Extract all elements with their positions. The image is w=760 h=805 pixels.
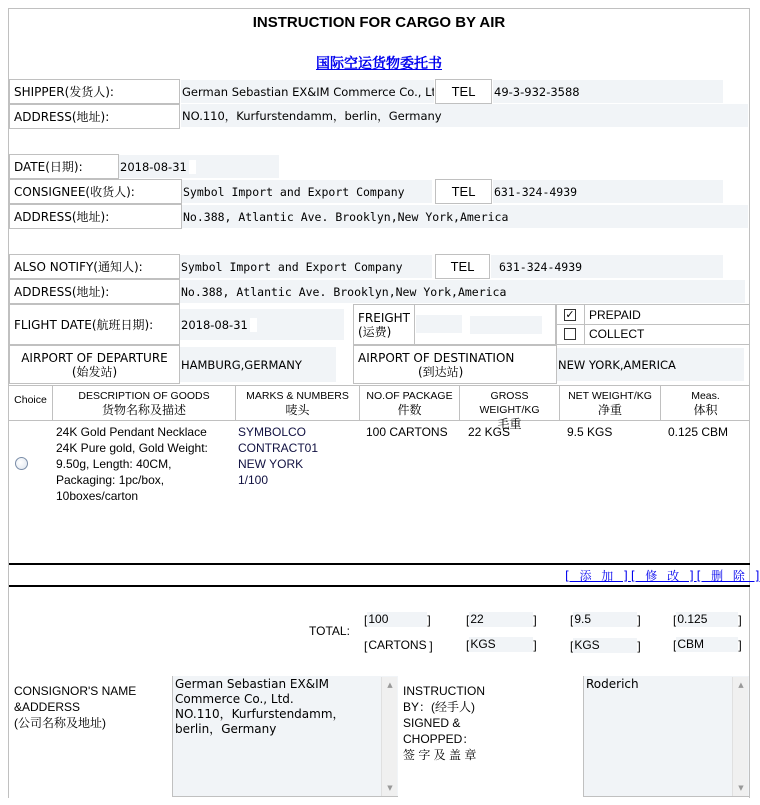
total-gross-field[interactable]: 22	[469, 612, 533, 627]
row-gross-weight: 22 KGS	[468, 424, 510, 440]
marks-line: SYMBOLCO	[238, 424, 318, 440]
notify-tel-field[interactable]: 631-324-4939	[491, 255, 723, 278]
total-meas: [0.125]	[673, 612, 742, 627]
add-button[interactable]: [ 添 加 ]	[565, 569, 631, 583]
departure-field[interactable]: HAMBURG,GERMANY	[180, 347, 336, 382]
flight-date-value: 2018-08-31	[181, 318, 248, 332]
divider	[556, 324, 750, 325]
description-line: 9.50g, Length: 40CM,	[56, 456, 208, 472]
instruction-label-line: CHOPPED：	[403, 731, 485, 747]
total-meas-unit: [CBM]	[673, 637, 742, 652]
flight-date-label: FLIGHT DATE(航班日期):	[9, 304, 180, 345]
flight-date-field[interactable]: 2018-08-31	[180, 309, 344, 340]
header-text-en: NET WEIGHT/KG	[560, 389, 660, 403]
prepaid-checkbox[interactable]: ✓	[564, 309, 576, 321]
row-actions: [ 添 加 ][ 修 改 ][ 删 除 ]	[565, 567, 760, 584]
row-select-radio[interactable]	[15, 457, 28, 470]
total-gross: [22]	[466, 612, 537, 627]
total-meas-field[interactable]: 0.125	[676, 612, 738, 627]
instruction-label-line: 签 字 及 盖 章	[403, 747, 485, 763]
header-text-cn: 件数	[360, 403, 459, 417]
checkmark-icon: ✓	[565, 308, 574, 321]
marks-line: CONTRACT01	[238, 440, 318, 456]
row-measurement: 0.125 CBM	[668, 424, 728, 440]
total-packages-unit-field[interactable]: CARTONS	[367, 638, 429, 653]
departure-label-en: AIRPORT OF DEPARTURE	[21, 351, 168, 365]
freight-field-2[interactable]	[470, 316, 542, 334]
destination-label-cn: (到达站)	[358, 365, 463, 379]
shipper-name-field[interactable]: German Sebastian EX&IM Commerce Co., Ltd	[181, 80, 434, 103]
divider	[9, 420, 750, 421]
shipper-address-label: ADDRESS(地址):	[9, 104, 180, 129]
notify-address-label: ADDRESS(地址):	[9, 279, 180, 304]
description-line: 10boxes/carton	[56, 488, 208, 504]
scroll-up-icon[interactable]: ▲	[382, 677, 398, 693]
header-text: Choice	[14, 394, 47, 406]
column-header-marks: MARKS & NUMBERS唛头	[236, 386, 360, 420]
shipper-address-field[interactable]: NO.110，Kurfurstendamm，berlin，Germany	[181, 104, 748, 127]
header-text-en: DESCRIPTION OF GOODS	[53, 389, 235, 403]
instruction-scrollbar[interactable]: ▲▼	[732, 677, 748, 796]
freight-label-en: FREIGHT	[358, 311, 410, 325]
row-description: 24K Gold Pendant Necklace 24K Pure gold,…	[56, 424, 208, 504]
edit-button[interactable]: [ 修 改 ]	[631, 569, 697, 583]
header-text-cn: 体积	[661, 403, 750, 417]
collect-label: COLLECT	[589, 327, 644, 341]
shipper-label: SHIPPER(发货人):	[9, 79, 180, 104]
page-title: INSTRUCTION FOR CARGO BY AIR	[8, 14, 750, 31]
header-text-cn: 货物名称及描述	[53, 403, 235, 417]
marks-line: 1/100	[238, 472, 318, 488]
description-line: Packaging: 1pc/box,	[56, 472, 208, 488]
total-meas-unit-field[interactable]: CBM	[676, 637, 738, 652]
consignee-tel-field[interactable]: 631-324-4939	[493, 180, 723, 203]
freight-label: FREIGHT (运费)	[353, 304, 415, 345]
consignee-tel-label: TEL	[435, 179, 492, 204]
column-header-net-weight: NET WEIGHT/KG净重	[560, 386, 661, 420]
scroll-down-icon[interactable]: ▼	[733, 780, 749, 796]
column-header-description: DESCRIPTION OF GOODS货物名称及描述	[53, 386, 236, 420]
consignor-label-line: (公司名称及地址)	[14, 715, 136, 731]
column-header-gross-weight: GROSS WEIGHT/KG毛重	[460, 386, 560, 420]
shipper-tel-field[interactable]: 49-3-932-3588	[493, 80, 723, 103]
shipper-tel-label: TEL	[435, 79, 492, 104]
total-packages-field[interactable]: 100	[367, 612, 427, 627]
destination-label: AIRPORT OF DESTINATION (到达站)	[353, 345, 557, 384]
date-label: DATE(日期):	[9, 154, 119, 179]
total-gross-unit: [KGS]	[466, 637, 537, 652]
total-packages-unit: [CARTONS]	[364, 638, 433, 653]
consignee-name-field[interactable]: Symbol Import and Export Company	[182, 180, 432, 203]
consignee-address-field[interactable]: No.388, Atlantic Ave. Brooklyn,New York,…	[182, 205, 748, 228]
date-field[interactable]: 2018-08-31	[119, 155, 279, 178]
header-text-cn: 净重	[560, 403, 660, 417]
instruction-textarea[interactable]: Roderich	[583, 676, 749, 797]
text-cursor	[189, 160, 196, 174]
instruction-label: INSTRUCTION BY：(经手人) SIGNED & CHOPPED： 签…	[403, 683, 485, 763]
text-cursor	[250, 318, 257, 332]
prepaid-label: PREPAID	[589, 308, 641, 322]
header-text-en: Meas.	[661, 389, 750, 403]
total-net-field[interactable]: 9.5	[573, 612, 637, 627]
total-net-unit-field[interactable]: KGS	[573, 638, 637, 653]
notify-tel-label: TEL	[435, 254, 490, 279]
notify-label: ALSO NOTIFY(通知人):	[9, 254, 180, 279]
header-text-en: MARKS & NUMBERS	[236, 389, 359, 403]
departure-label-cn: (始发站)	[72, 365, 117, 379]
consignor-label-line: &ADDERSS	[14, 699, 136, 715]
instruction-label-line: SIGNED &	[403, 715, 485, 731]
header-text-en: NO.OF PACKAGE	[360, 389, 459, 403]
delete-button[interactable]: [ 删 除 ]	[697, 569, 760, 583]
row-packages: 100 CARTONS	[366, 424, 448, 440]
column-header-measurement: Meas.体积	[661, 386, 750, 420]
date-value: 2018-08-31	[120, 160, 187, 174]
freight-field-1[interactable]	[416, 315, 462, 333]
consignee-address-label: ADDRESS(地址):	[9, 204, 182, 229]
consignee-label: CONSIGNEE(收货人):	[9, 179, 182, 204]
freight-label-cn: (运费)	[358, 325, 391, 339]
total-gross-unit-field[interactable]: KGS	[469, 637, 533, 652]
row-marks: SYMBOLCO CONTRACT01 NEW YORK 1/100	[238, 424, 318, 488]
instruction-label-line: INSTRUCTION	[403, 683, 485, 699]
description-line: 24K Pure gold, Gold Weight:	[56, 440, 208, 456]
consignor-scrollbar[interactable]: ▲▼	[381, 677, 397, 796]
collect-checkbox[interactable]	[564, 328, 576, 340]
instruction-label-line: BY：(经手人)	[403, 699, 485, 715]
column-header-packages: NO.OF PACKAGE件数	[360, 386, 460, 420]
notify-address-field[interactable]: No.388, Atlantic Ave. Brooklyn,New York,…	[180, 280, 745, 303]
scroll-up-icon[interactable]: ▲	[733, 677, 749, 693]
consignor-label-line: CONSIGNOR'S NAME	[14, 683, 136, 699]
scroll-down-icon[interactable]: ▼	[382, 780, 398, 796]
departure-label: AIRPORT OF DEPARTURE (始发站)	[9, 345, 180, 384]
total-packages: [100]	[364, 612, 431, 627]
header-text-cn: 唛头	[236, 403, 359, 417]
page-subtitle-link[interactable]: 国际空运货物委托书	[8, 53, 750, 73]
destination-label-en: AIRPORT OF DESTINATION	[358, 351, 514, 365]
consignor-textarea[interactable]: German Sebastian EX&IM Commerce Co., Ltd…	[172, 676, 398, 797]
notify-name-field[interactable]: Symbol Import and Export Company	[180, 255, 432, 278]
total-net: [9.5]	[570, 612, 641, 627]
marks-line: NEW YORK	[238, 456, 318, 472]
row-net-weight: 9.5 KGS	[567, 424, 612, 440]
header-text-en: GROSS WEIGHT/KG	[460, 389, 559, 417]
column-header-choice: Choice	[9, 386, 53, 420]
total-label: TOTAL:	[309, 624, 350, 638]
divider	[9, 563, 750, 565]
consignor-label: CONSIGNOR'S NAME &ADDERSS (公司名称及地址)	[14, 683, 136, 731]
destination-field[interactable]: NEW YORK,AMERICA	[557, 348, 744, 381]
total-net-unit: [KGS]	[570, 638, 641, 653]
divider	[9, 585, 750, 587]
description-line: 24K Gold Pendant Necklace	[56, 424, 208, 440]
